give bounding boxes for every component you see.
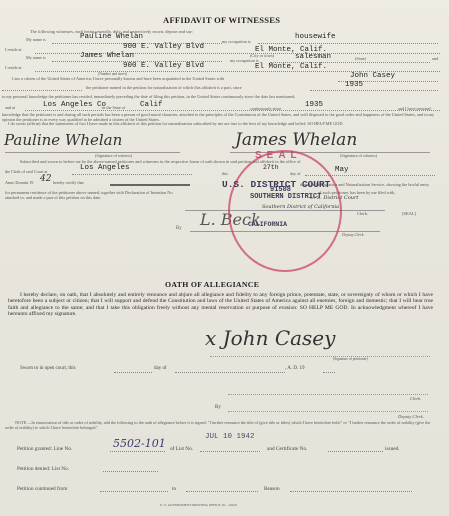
- ad-label: , A. D. 19: [285, 366, 304, 371]
- anno-label: Anno Domini 19: [5, 180, 33, 185]
- petitioner-sig-label: (Signature of petitioner): [333, 357, 368, 361]
- stamp-line1: U.S. DISTRICT COURT: [222, 179, 330, 190]
- denied-label: Petition denied: List No.: [17, 466, 69, 472]
- sublabel-state: (State): [355, 56, 366, 61]
- court-seal-stamp: [228, 150, 342, 272]
- witness2-signature: James Whelan: [235, 130, 357, 150]
- stamp-line2: SOUTHERN DISTRICT: [250, 193, 321, 201]
- oath-text: I hereby declare, on oath, that I absolu…: [8, 292, 433, 317]
- court-location: Los Angeles: [80, 164, 130, 172]
- issued-label: issued.: [385, 446, 400, 452]
- deputy-clerk-label: Deputy Clerk.: [342, 232, 364, 237]
- personal-label: and I have personal: [398, 106, 431, 111]
- by-label: By: [176, 226, 182, 231]
- list-label: of List No.: [170, 446, 193, 452]
- witness1-occupation-label: my occupation is: [222, 39, 251, 44]
- petitioner-signature: x John Casey: [205, 326, 335, 350]
- witness2-city: El Monte, Calif.: [255, 63, 327, 71]
- witness1-street: 900 E. Valley Blvd: [123, 43, 204, 51]
- granted-label: Petition granted: Line No.: [17, 446, 72, 452]
- petitioner-name: John Casey: [350, 72, 395, 80]
- oath-deputy-clerk-label: Deputy Clerk.: [398, 414, 424, 419]
- date-stamp: JUL 10 1942: [205, 433, 255, 441]
- witness1-occupation: housewife: [295, 33, 336, 41]
- this-label: this: [222, 171, 228, 176]
- printer-footer: U. S. GOVERNMENT PRINTING OFFICE 16—1022…: [160, 503, 237, 507]
- and-at-label: and at: [5, 105, 15, 110]
- certify-text: hereby certify that: [53, 180, 84, 185]
- since-year: 1935: [345, 81, 363, 89]
- seal-label: [SEAL]: [402, 211, 416, 216]
- witness1-sig-label: (Signature of witness): [95, 153, 132, 158]
- stamp-line3: CALIFORNIA: [248, 221, 287, 228]
- reason-label: Reason: [264, 486, 280, 492]
- witness2-street: 900 E. Valley Blvd: [123, 62, 204, 70]
- continuously-since: 1935: [305, 101, 323, 109]
- witness1-signature: Pauline Whelan: [4, 131, 122, 149]
- line-number: 5502-101: [113, 437, 166, 450]
- continuously-label: continuously since: [250, 106, 281, 111]
- affidavit-title: AFFIDAVIT OF WITNESSES: [163, 15, 280, 25]
- nobility-note: NOTE.—In renunciation of title or order …: [5, 421, 440, 431]
- resided-at: Los Angeles Co: [43, 101, 106, 109]
- witness2-name: James Whelan: [80, 52, 134, 60]
- petitioner-text: the petitioner named in the petition for…: [86, 85, 242, 90]
- witness2-reside-label: I reside at: [5, 65, 22, 70]
- oath-by-label: By: [215, 405, 221, 410]
- swear-text: I do swear (affirm) that the statements …: [2, 122, 436, 127]
- month: May: [335, 166, 349, 174]
- witness1-name-label: My name is: [26, 37, 46, 42]
- and-label: and: [432, 56, 438, 61]
- naturalization-document: AFFIDAVIT OF WITNESSES The following wit…: [0, 0, 449, 516]
- witness1-reside-label: I reside at: [5, 47, 22, 52]
- year: 42: [40, 174, 51, 184]
- certificate-label: and Certificate No.: [267, 446, 307, 452]
- stamp-seal-text: SEAL: [255, 150, 302, 161]
- witness2-name-label: My name is: [26, 55, 46, 60]
- clerk-label: Clerk.: [357, 211, 368, 216]
- knowledge-text: to my personal knowledge the petitioner …: [2, 94, 295, 99]
- witness2-occupation: salesman: [295, 53, 331, 61]
- sworn-label: Sworn to in open court, this: [20, 366, 76, 371]
- oath-title: OATH OF ALLEGIANCE: [165, 280, 259, 289]
- attached-text: attached to, and made a part of this pet…: [5, 195, 101, 200]
- continued-label: Petition continued from: [17, 486, 67, 492]
- state-value: Calif: [140, 101, 163, 109]
- state-label: in the State of: [102, 105, 125, 110]
- citizen-text: I am a citizen of the United States of A…: [12, 76, 224, 81]
- witness2-sig-label: (Signature of witness): [340, 153, 377, 158]
- witness1-name: Pauline Whelan: [80, 33, 143, 41]
- to-label: to: [172, 486, 176, 492]
- oath-clerk-label: Clerk.: [410, 396, 421, 401]
- oath-day-of-label: day of: [154, 366, 167, 371]
